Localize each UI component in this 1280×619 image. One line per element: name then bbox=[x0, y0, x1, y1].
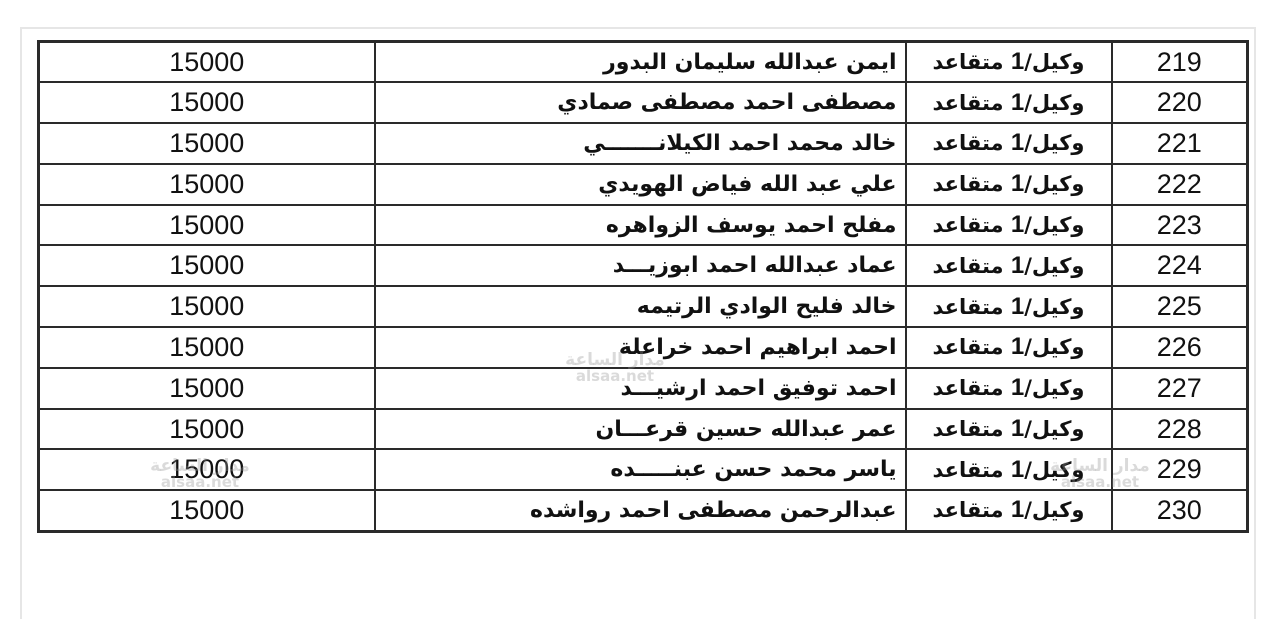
serial-cell: 224 bbox=[1112, 245, 1248, 286]
name-cell: ياسر محمد حسن عبنـــــده bbox=[375, 449, 906, 490]
role-rank-number: 1 bbox=[1011, 456, 1024, 483]
role-prefix: وكيل/ bbox=[1024, 335, 1084, 359]
role-rank-number: 1 bbox=[1011, 252, 1024, 279]
table-row: 15000 مفلح احمد يوسف الزواهره وكيل/1 متق… bbox=[39, 205, 1248, 246]
amount-cell: 15000 bbox=[39, 409, 375, 450]
role-rank-number: 1 bbox=[1011, 293, 1024, 320]
role-suffix: متقاعد bbox=[933, 213, 1011, 237]
role-rank-number: 1 bbox=[1011, 496, 1024, 523]
role-cell: وكيل/1 متقاعد bbox=[906, 490, 1112, 531]
role-rank-number: 1 bbox=[1011, 170, 1024, 197]
table-row: 15000 خالد فليح الوادي الرتيمه وكيل/1 مت… bbox=[39, 286, 1248, 327]
role-suffix: متقاعد bbox=[933, 376, 1011, 400]
serial-cell: 230 bbox=[1112, 490, 1248, 531]
role-suffix: متقاعد bbox=[933, 254, 1011, 278]
amount-cell: 15000 bbox=[39, 245, 375, 286]
amount-cell: 15000 bbox=[39, 368, 375, 409]
serial-cell: 220 bbox=[1112, 82, 1248, 123]
role-prefix: وكيل/ bbox=[1024, 172, 1084, 196]
serial-cell: 225 bbox=[1112, 286, 1248, 327]
role-suffix: متقاعد bbox=[933, 91, 1011, 115]
name-cell: خالد فليح الوادي الرتيمه bbox=[375, 286, 906, 327]
table-row: 15000 خالد محمد احمد الكيلانـــــــي وكي… bbox=[39, 123, 1248, 164]
name-cell: مصطفى احمد مصطفى صمادي bbox=[375, 82, 906, 123]
serial-cell: 226 bbox=[1112, 327, 1248, 368]
role-prefix: وكيل/ bbox=[1024, 417, 1084, 441]
role-cell: وكيل/1 متقاعد bbox=[906, 368, 1112, 409]
role-cell: وكيل/1 متقاعد bbox=[906, 205, 1112, 246]
serial-cell: 229 bbox=[1112, 449, 1248, 490]
role-suffix: متقاعد bbox=[933, 417, 1011, 441]
serial-cell: 221 bbox=[1112, 123, 1248, 164]
amount-cell: 15000 bbox=[39, 286, 375, 327]
table-row: 15000 مصطفى احمد مصطفى صمادي وكيل/1 متقا… bbox=[39, 82, 1248, 123]
role-cell: وكيل/1 متقاعد bbox=[906, 449, 1112, 490]
table-row: 15000 احمد توفيق احمد ارشيـــد وكيل/1 مت… bbox=[39, 368, 1248, 409]
role-cell: وكيل/1 متقاعد bbox=[906, 82, 1112, 123]
role-rank-number: 1 bbox=[1011, 211, 1024, 238]
role-suffix: متقاعد bbox=[933, 50, 1011, 74]
role-prefix: وكيل/ bbox=[1024, 213, 1084, 237]
role-suffix: متقاعد bbox=[933, 295, 1011, 319]
role-cell: وكيل/1 متقاعد bbox=[906, 409, 1112, 450]
role-rank-number: 1 bbox=[1011, 129, 1024, 156]
name-cell: عمر عبدالله حسين قرعـــان bbox=[375, 409, 906, 450]
role-rank-number: 1 bbox=[1011, 415, 1024, 442]
role-suffix: متقاعد bbox=[933, 335, 1011, 359]
name-cell: مفلح احمد يوسف الزواهره bbox=[375, 205, 906, 246]
amount-cell: 15000 bbox=[39, 490, 375, 531]
name-cell: خالد محمد احمد الكيلانـــــــي bbox=[375, 123, 906, 164]
role-prefix: وكيل/ bbox=[1024, 376, 1084, 400]
amount-cell: 15000 bbox=[39, 449, 375, 490]
amount-cell: 15000 bbox=[39, 205, 375, 246]
serial-cell: 223 bbox=[1112, 205, 1248, 246]
name-cell: علي عبد الله فياض الهويدي bbox=[375, 164, 906, 205]
amount-cell: 15000 bbox=[39, 42, 375, 83]
amount-cell: 15000 bbox=[39, 327, 375, 368]
name-cell: عماد عبدالله احمد ابوزيـــد bbox=[375, 245, 906, 286]
table-row: 15000 علي عبد الله فياض الهويدي وكيل/1 م… bbox=[39, 164, 1248, 205]
payments-table: 15000 ايمن عبدالله سليمان البدور وكيل/1 … bbox=[37, 40, 1249, 533]
role-cell: وكيل/1 متقاعد bbox=[906, 123, 1112, 164]
name-cell: احمد توفيق احمد ارشيـــد bbox=[375, 368, 906, 409]
role-cell: وكيل/1 متقاعد bbox=[906, 245, 1112, 286]
table-row: 15000 عمر عبدالله حسين قرعـــان وكيل/1 م… bbox=[39, 409, 1248, 450]
role-prefix: وكيل/ bbox=[1024, 50, 1084, 74]
serial-cell: 219 bbox=[1112, 42, 1248, 83]
role-suffix: متقاعد bbox=[933, 131, 1011, 155]
name-cell: عبدالرحمن مصطفى احمد رواشده bbox=[375, 490, 906, 531]
role-prefix: وكيل/ bbox=[1024, 458, 1084, 482]
amount-cell: 15000 bbox=[39, 82, 375, 123]
serial-cell: 222 bbox=[1112, 164, 1248, 205]
table-row: 15000 عبدالرحمن مصطفى احمد رواشده وكيل/1… bbox=[39, 490, 1248, 531]
serial-cell: 227 bbox=[1112, 368, 1248, 409]
role-cell: وكيل/1 متقاعد bbox=[906, 327, 1112, 368]
role-prefix: وكيل/ bbox=[1024, 498, 1084, 522]
role-rank-number: 1 bbox=[1011, 48, 1024, 75]
table-row: 15000 ايمن عبدالله سليمان البدور وكيل/1 … bbox=[39, 42, 1248, 83]
role-cell: وكيل/1 متقاعد bbox=[906, 42, 1112, 83]
role-prefix: وكيل/ bbox=[1024, 295, 1084, 319]
serial-cell: 228 bbox=[1112, 409, 1248, 450]
role-prefix: وكيل/ bbox=[1024, 131, 1084, 155]
role-suffix: متقاعد bbox=[933, 498, 1011, 522]
role-prefix: وكيل/ bbox=[1024, 91, 1084, 115]
role-cell: وكيل/1 متقاعد bbox=[906, 164, 1112, 205]
name-cell: ايمن عبدالله سليمان البدور bbox=[375, 42, 906, 83]
role-cell: وكيل/1 متقاعد bbox=[906, 286, 1112, 327]
role-rank-number: 1 bbox=[1011, 89, 1024, 116]
name-cell: احمد ابراهيم احمد خراعلة bbox=[375, 327, 906, 368]
role-rank-number: 1 bbox=[1011, 374, 1024, 401]
amount-cell: 15000 bbox=[39, 123, 375, 164]
table-row: 15000 احمد ابراهيم احمد خراعلة وكيل/1 مت… bbox=[39, 327, 1248, 368]
table-row: 15000 عماد عبدالله احمد ابوزيـــد وكيل/1… bbox=[39, 245, 1248, 286]
role-suffix: متقاعد bbox=[933, 458, 1011, 482]
table-row: 15000 ياسر محمد حسن عبنـــــده وكيل/1 مت… bbox=[39, 449, 1248, 490]
role-prefix: وكيل/ bbox=[1024, 254, 1084, 278]
role-suffix: متقاعد bbox=[933, 172, 1011, 196]
amount-cell: 15000 bbox=[39, 164, 375, 205]
role-rank-number: 1 bbox=[1011, 333, 1024, 360]
